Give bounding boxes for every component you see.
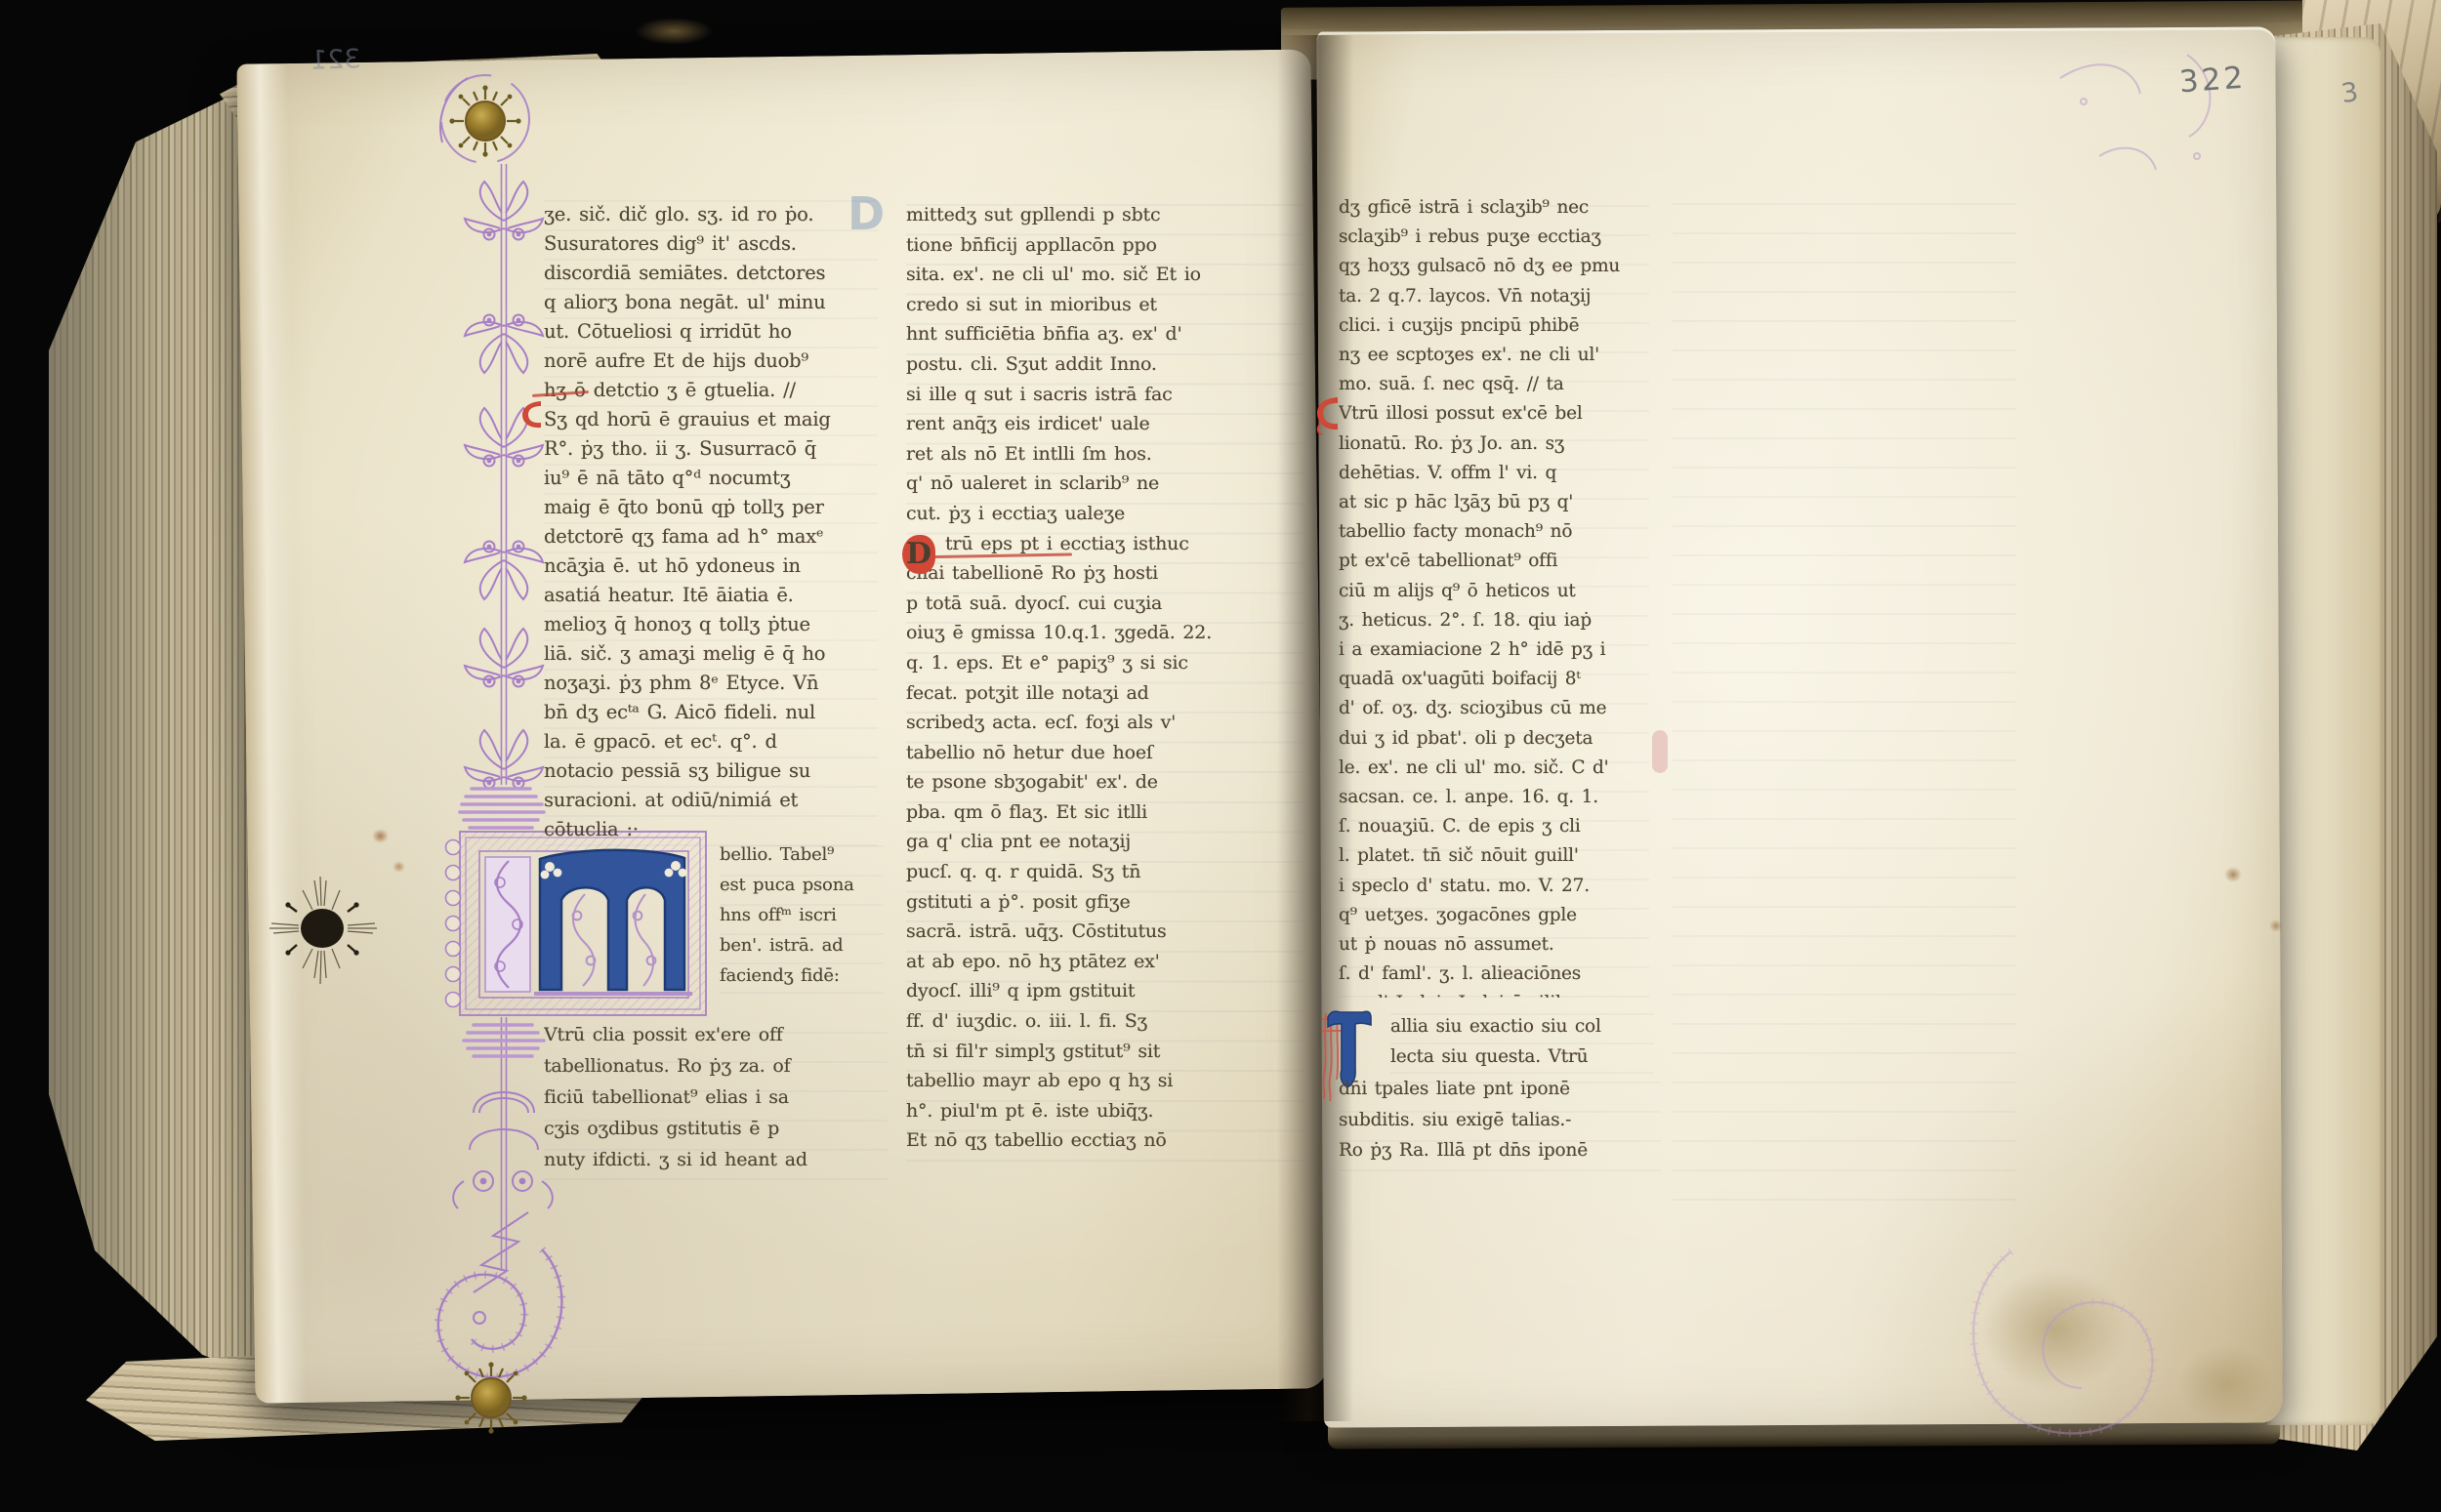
manuscript-line: credo si sut in mioribus et xyxy=(906,290,1304,320)
manuscript-line: p totā suā. dyocſ. cui cuʒia xyxy=(906,589,1304,619)
right-page-column-1-tail: dn̄i tpales liate pnt iponēsubditis. siu… xyxy=(1339,1074,1661,1171)
manuscript-line: subditis. siu exigē talias.- xyxy=(1339,1105,1661,1136)
manuscript-line: asatiá heatur. Itē āiatia ē. xyxy=(544,581,878,610)
manuscript-line: ʒ. heticus. 2°. ſ. 18. qiu iaṗ xyxy=(1339,606,1649,635)
manuscript-line: ſ. nouaʒiū. C. de epis ʒ cli xyxy=(1339,812,1649,841)
manuscript-line: la. ē gpacō. et ecᵗ. q°. d xyxy=(544,727,878,756)
manuscript-line: dyocſ. illi⁹ q ipm gstituit xyxy=(906,976,1304,1006)
manuscript-line: rent anq̄ʒ eis irdicet' uale xyxy=(906,409,1304,439)
red-paragraph-mark-icon xyxy=(519,398,545,431)
manuscript-line: hnt sufficiētia bn̄fia aʒ. ex' d' xyxy=(906,319,1304,349)
manuscript-line: suracioni. at odiū/nimiá et xyxy=(544,786,878,815)
manuscript-line: mittedʒ sut gpllendi p sbtc xyxy=(906,200,1304,230)
manuscript-line: tn̄ si fil'r simplʒ gstitut⁹ sit xyxy=(906,1037,1304,1067)
manuscript-line: liā. sič. ʒ amaʒi melig ē q̄ ho xyxy=(544,639,878,669)
manuscript-line: qʒ hoʒʒ gulsacō nō dʒ ee pmu xyxy=(1339,252,1649,281)
left-page-column-2: mittedʒ sut gpllendi p sbtctione bn̄fici… xyxy=(906,200,1304,1162)
manuscript-line: i speclo d' statu. mo. V. 27. xyxy=(1339,872,1649,901)
manuscript-line: melioʒ q̄ honoʒ q tollʒ ṗtue xyxy=(544,610,878,639)
manuscript-line: sacsan. ce. l. anpe. 16. q. 1. xyxy=(1339,783,1649,812)
manuscript-line: scribedʒ acta. ecſ. foʒi als v' xyxy=(906,708,1304,738)
manuscript-line: dehētias. V. offm l' vi. q xyxy=(1339,459,1649,488)
manuscript-line: le. ex'. ne cli ul' mo. sič. C d' xyxy=(1339,754,1649,783)
manuscript-line: lionatū. Ro. ṗʒ Jo. an. sʒ xyxy=(1339,429,1649,459)
folio-number: 322 xyxy=(2178,61,2248,101)
manuscript-line: sacrā. istrā. uq̄ʒ. Cōstitutus xyxy=(906,917,1304,947)
manuscript-line: ficiū tabellionat⁹ elias i sa xyxy=(544,1082,888,1113)
folio-number-show-through: 321 xyxy=(310,44,361,76)
illuminated-initial-m xyxy=(444,826,710,1021)
manuscript-line: tabellionatus. Ro ṗʒ za. of xyxy=(544,1050,888,1082)
right-page-column-2 xyxy=(1673,195,2016,1201)
stain xyxy=(393,861,405,873)
manuscript-line: ce. d' Judeis Judei ē silibus xyxy=(1339,989,1649,998)
manuscript-line: maig ē q̄to bonū qṗ tollʒ per xyxy=(544,493,878,522)
stain xyxy=(372,829,389,843)
manuscript-line: bn̄ dʒ ecᵗᵃ G. Aicō fideli. nul xyxy=(544,698,878,727)
manuscript-line: tabellio nō hetur due hoeſ xyxy=(906,738,1304,768)
manuscript-line: ſ. d' faml'. ʒ. l. alieaciōnes xyxy=(1339,960,1649,989)
manuscript-line: Vtrū illosi possut ex'cē bel xyxy=(1339,399,1649,429)
right-page-column-1: dʒ gficē istrā i sclaʒib⁹ necsclaʒib⁹ i … xyxy=(1339,193,1649,998)
manuscript-line: Ro ṗʒ Ra. Illā pt dn̄s iponē xyxy=(1339,1135,1661,1166)
manuscript-line: d' of. oʒ. dʒ. scioʒibus cū me xyxy=(1339,694,1649,723)
manuscript-line: clici. i cuʒijs pncipū phibē xyxy=(1339,311,1649,341)
manuscript-line: tabellio facty monach⁹ nō xyxy=(1339,517,1649,547)
manuscript-line: notacio pessiā sʒ biligue su xyxy=(544,756,878,786)
manuscript-line: oiuʒ ē gmissa 10.q.1. ʒgedā. 22. xyxy=(906,618,1304,648)
manuscript-line: q. 1. eps. Et e° papiʒ⁹ ʒ si sic xyxy=(906,648,1304,678)
stain xyxy=(2224,867,2242,882)
manuscript-line: pba. qm ō flaʒ. Et sic itlli xyxy=(906,797,1304,828)
manuscript-line: R°. ṗʒ tho. ii ʒ. Susurracō q̄ xyxy=(544,434,878,464)
manuscript-line: dn̄i tpales liate pnt iponē xyxy=(1339,1074,1661,1105)
manuscript-line: est puca psona xyxy=(720,870,884,900)
manuscript-line: allia siu exactio siu col xyxy=(1390,1011,1654,1042)
manuscript-line: sclaʒib⁹ i rebus puʒe ecctiaʒ xyxy=(1339,223,1649,252)
manuscript-line: cliai tabellionē Ro ṗʒ hosti xyxy=(906,558,1304,589)
manuscript-line: fecat. potʒit ille notaʒi ad xyxy=(906,678,1304,709)
show-through-red-mark xyxy=(1652,730,1668,773)
manuscript-line: detctorē qʒ fama ad h° maxᵉ xyxy=(544,522,878,552)
manuscript-line: ga q' clia pnt ee notaʒij xyxy=(906,827,1304,857)
left-page-column-1-beside-initial: bellio. Tabel⁹est puca psonahns offᵐ isc… xyxy=(720,839,884,994)
manuscript-line: Sʒ qd horū ē grauius et maig xyxy=(544,405,878,434)
manuscript-line: Vtrū clia possit ex'ere off xyxy=(544,1019,888,1050)
manuscript-line: gstituti a ṗ°. posit gfiʒe xyxy=(906,887,1304,918)
show-through-spiral xyxy=(1953,1242,2246,1476)
manuscript-line: ff. d' iuʒdic. o. iii. l. fi. Sʒ xyxy=(906,1006,1304,1037)
manuscript-line: sita. ex'. ne cli ul' mo. sič Et io xyxy=(906,260,1304,290)
manuscript-line: tabellio mayr ab epo q hʒ si xyxy=(906,1066,1304,1096)
manuscript-line: hʒ ō detctio ʒ ē gtuelia. // xyxy=(544,376,878,405)
manuscript-line: noʒaʒi. ṗʒ phm 8ᵉ Etyce. Vn̄ xyxy=(544,669,878,698)
manuscript-line: si ille q sut i sacris istrā fac xyxy=(906,380,1304,410)
left-page-column-1-tail: Vtrū clia possit ex'ere offtabellionatus… xyxy=(544,1019,888,1180)
manuscript-line: ut. Cōtueliosi q irridūt ho xyxy=(544,317,878,347)
manuscript-line: mo. suā. ſ. nec qsq̄. // ta xyxy=(1339,370,1649,399)
manuscript-line: q' nō ualeret in sclarib⁹ ne xyxy=(906,469,1304,499)
manuscript-line: quadā ox'uagūti boifacij 8ᵗ xyxy=(1339,665,1649,694)
manuscript-line: ut ṗ nouas nō assumet. xyxy=(1339,930,1649,960)
manuscript-line: q⁹ uetʒes. ʒogacōnes gple xyxy=(1339,901,1649,930)
stain xyxy=(2269,919,2283,932)
manuscript-line: lecta siu questa. Vtrū xyxy=(1390,1042,1654,1072)
stain xyxy=(635,18,713,45)
manuscript-line: pt ex'cē tabellionat⁹ offi xyxy=(1339,547,1649,576)
manuscript-line: cut. ṗʒ i ecctiaʒ ualeʒe xyxy=(906,499,1304,529)
manuscript-line: postu. cli. Sʒut addit Inno. xyxy=(906,349,1304,380)
manuscript-line: te psone sbʒogabit' ex'. de xyxy=(906,767,1304,797)
ink-blot-star xyxy=(269,877,377,984)
manuscript-line: l. platet. tn̄ sič nōuit guill' xyxy=(1339,841,1649,871)
manuscript-line: cʒis oʒdibus gstitutis ē p xyxy=(544,1113,888,1144)
manuscript-line: tione bn̄ficij appllacōn ppo xyxy=(906,230,1304,261)
manuscript-photo: D D 322 321 3 ʒe. sič. dič glo. sʒ. id r… xyxy=(0,0,2441,1512)
manuscript-line: nʒ ee scptoʒes ex'. ne cli ul' xyxy=(1339,341,1649,370)
manuscript-line: hns offᵐ iscri xyxy=(720,900,884,930)
manuscript-line: ta. 2 q.7. laycos. Vn̄ notaʒij xyxy=(1339,282,1649,311)
manuscript-line: Et nō qʒ tabellio ecctiaʒ nō xyxy=(906,1125,1304,1156)
manuscript-line: discordiā semiātes. detctores xyxy=(544,259,878,288)
manuscript-line: i a examiacione 2 h° idē pʒ i xyxy=(1339,635,1649,665)
manuscript-line: pucſ. q. q. r quidā. Sʒ tn̄ xyxy=(906,857,1304,887)
manuscript-line: bellio. Tabel⁹ xyxy=(720,839,884,870)
manuscript-line: nuty ifdicti. ʒ si id heant ad xyxy=(544,1144,888,1175)
manuscript-line: ben'. istrā. ad xyxy=(720,930,884,960)
manuscript-line: Susuratores dig⁹ it' ascds. xyxy=(544,229,878,259)
red-lombard-initial-d: D xyxy=(902,535,935,574)
manuscript-line: at sic p hāc lʒāʒ bū pʒ q' xyxy=(1339,488,1649,517)
manuscript-line: at ab epo. nō hʒ ptātez ex' xyxy=(906,947,1304,977)
manuscript-line: norē aufre Et de hijs duob⁹ xyxy=(544,347,878,376)
manuscript-line: dui ʒ id pbat'. oli p decʒeta xyxy=(1339,724,1649,754)
manuscript-line: dʒ gficē istrā i sclaʒib⁹ nec xyxy=(1339,193,1649,223)
right-page-column-1-beside-initial: allia siu exactio siu collecta siu quest… xyxy=(1390,1011,1654,1074)
manuscript-line: ciū m alijs q⁹ ō heticos ut xyxy=(1339,577,1649,606)
manuscript-line: q aliorʒ bona negāt. ul' minu xyxy=(544,288,878,317)
next-leaf-edge xyxy=(2267,37,2380,1425)
manuscript-line: ʒe. sič. dič glo. sʒ. id ro ṗo. xyxy=(544,200,878,229)
manuscript-line: iu⁹ ē nā tāto q°ᵈ nocumtʒ xyxy=(544,464,878,493)
left-page-column-1: ʒe. sič. dič glo. sʒ. id ro ṗo.Susurator… xyxy=(544,200,878,846)
red-paragraph-mark-icon xyxy=(1314,394,1342,435)
manuscript-line: h°. piul'm pt ē. iste ubiq̄ʒ. xyxy=(906,1096,1304,1126)
manuscript-line: faciendʒ fidē: xyxy=(720,960,884,991)
manuscript-line: ncāʒia ē. ut hō ydoneus in xyxy=(544,552,878,581)
manuscript-line: ret als nō Et intlli ſm hos. xyxy=(906,439,1304,470)
